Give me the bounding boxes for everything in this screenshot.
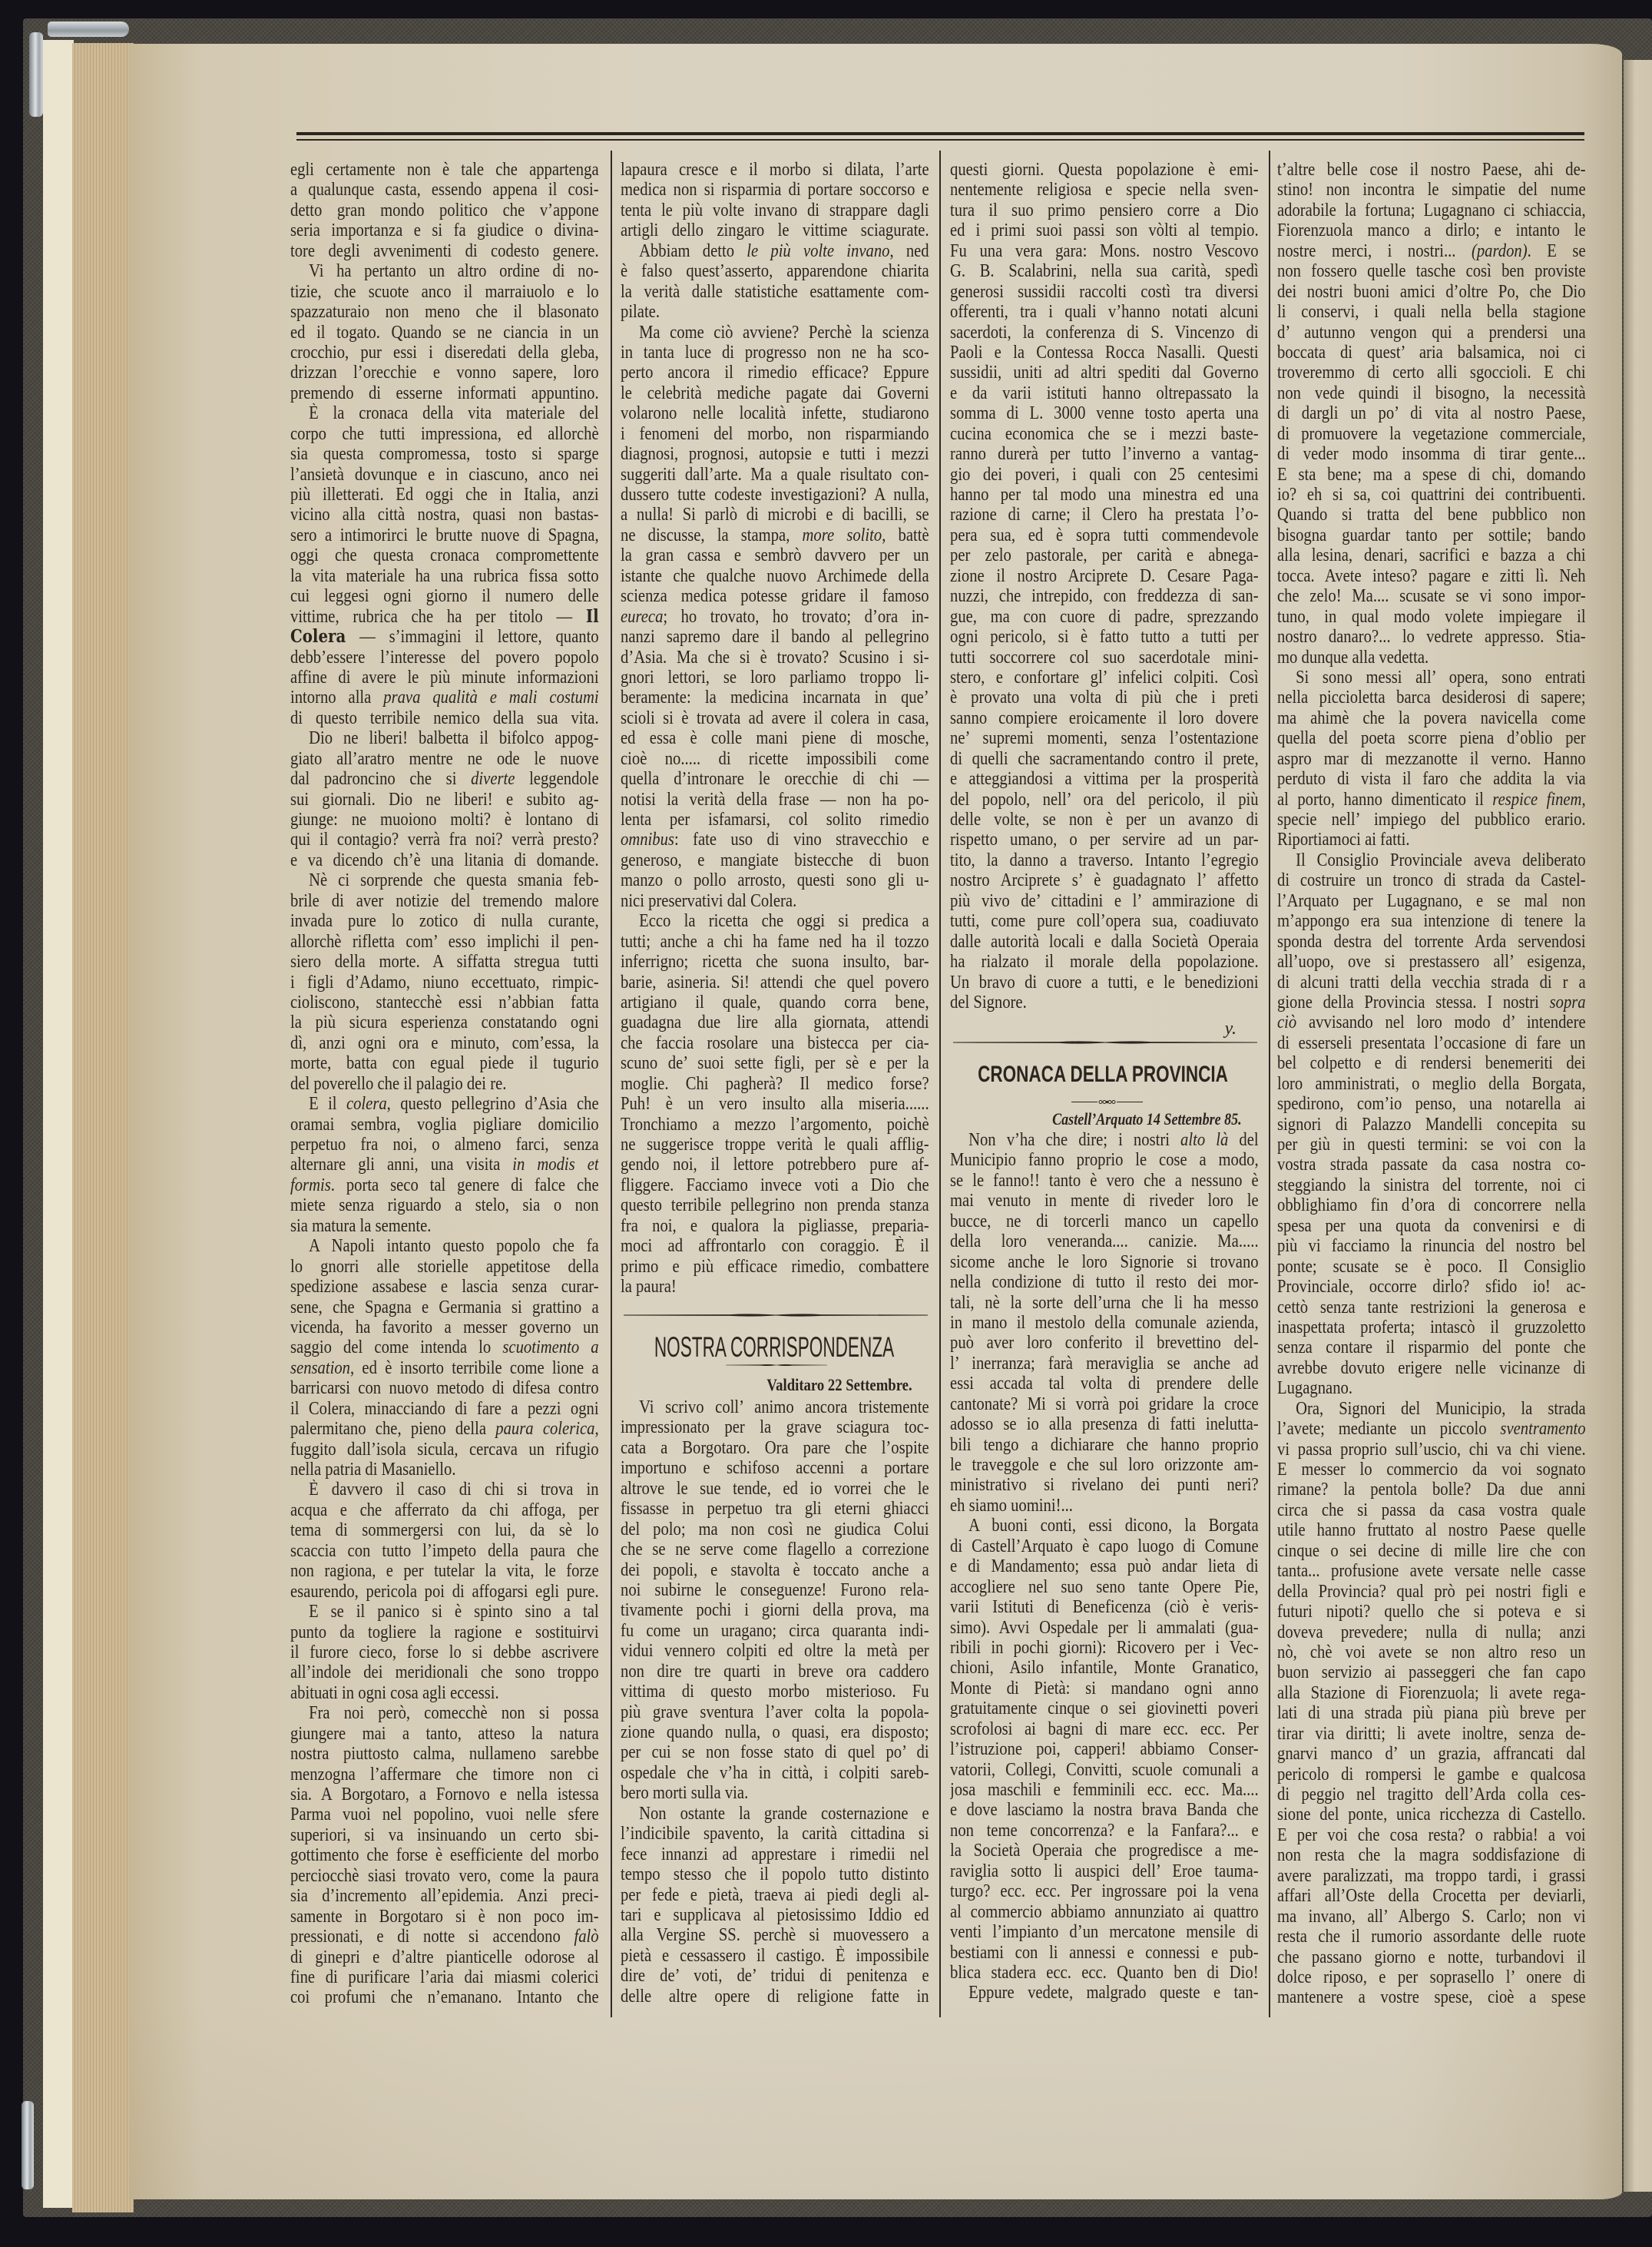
line-text: nanzi sapremo dare il bando al pellegrin… — [621, 627, 929, 647]
line-text: manzo o pollo arrosto, questi sono gli u… — [621, 870, 929, 890]
text-line: può aver loro conferito il brevettino de… — [950, 1333, 1259, 1353]
text-line: e atteggiandosi a vittima per la prosper… — [950, 769, 1259, 789]
line-text: Ma come ciò avviene? Perchè la scienza — [639, 323, 929, 343]
text-line: Nè ci sorprende che questa smania feb- — [290, 870, 599, 890]
text-line: tali, nè la sorte dell’urna che li ha me… — [950, 1293, 1259, 1313]
italic-text: (pardon) — [1472, 241, 1528, 261]
text-line: nostro Arciprete s’ è guadagnato l’ affe… — [950, 870, 1259, 890]
text-line: razione di carne; il Clero ha prestata l… — [950, 505, 1259, 525]
text-line: ed essa è colle mani piene di mosche, — [621, 728, 929, 748]
column-2-part-a: lapaura cresce e il morbo si dilata, l’a… — [621, 160, 929, 1297]
text-line: la Società Operaia che progredisce a me- — [950, 1841, 1259, 1861]
line-text: del polo; ma non così ne giudica Colui — [621, 1520, 929, 1539]
line-text: , — [594, 1419, 598, 1439]
line-text: doveva prevedere; nulla di nulla; anzi — [1277, 1622, 1586, 1642]
text-line: all’uopo, ove si prestassero all’ esigen… — [1277, 952, 1586, 972]
text-line: zione il nostro Arciprete D. Cesare Paga… — [950, 566, 1259, 586]
text-line: mai venuto in mente di riveder loro le — [950, 1191, 1259, 1211]
text-line: vatorii, Collegi, Convitti, scuole comun… — [950, 1760, 1259, 1780]
text-line: Colera — s’immagini il lettore, quanto — [290, 627, 599, 647]
line-text: d’Asia. Ma che si è trovato? Scusino i s… — [621, 648, 929, 668]
text-line: esaurendo, pericola poi di affogarsi egl… — [290, 1582, 599, 1602]
line-text: del Signore. — [950, 993, 1027, 1012]
text-line: cui leggesi ogni giorno il numero delle — [290, 586, 599, 606]
line-text: pilate. — [621, 302, 660, 322]
text-line: diagnosi, prognosi, autopsie e tutti i m… — [621, 444, 929, 464]
line-text: dolce riposo, e per soprasello l’ onere … — [1277, 1967, 1586, 1987]
line-text: del — [1228, 1130, 1258, 1150]
text-line: che faccia rosolare una bistecca per cia… — [621, 1033, 929, 1053]
text-line: sanno compiere eroicamente il loro dover… — [950, 708, 1259, 728]
text-line: sene, che Spagna e Germania si grattino … — [290, 1297, 599, 1317]
line-text: E per voi che cosa resta? o rabbia! a vo… — [1277, 1825, 1586, 1845]
line-text: tutti, come pure coll’opera sua, coadiuv… — [950, 911, 1259, 931]
italic-text: paura colerica — [495, 1419, 594, 1439]
text-line: buon servizio ai passeggeri che fan capo — [1277, 1662, 1586, 1682]
line-text: per cui se non fosse stato di quel po’ d… — [621, 1742, 929, 1762]
line-text: debb’essere l’interesse del povero popol… — [290, 648, 599, 668]
line-text: seria importanza e si fa giudice o divin… — [290, 220, 599, 240]
text-line: d’ autunno vengon qui a prendersi una — [1277, 323, 1586, 343]
text-line: lati di una strada più piana più breve p… — [1277, 1703, 1586, 1723]
binder-clip — [22, 2101, 34, 2189]
text-line: gnori lettori, se loro parliamo troppo l… — [621, 668, 929, 688]
text-line: lo gnorri alle storielle appetitose dell… — [290, 1257, 599, 1277]
line-text: non vede quindi il bisogno, la necessità — [1277, 383, 1586, 403]
line-text: oggi che questa cronaca compromettente — [290, 545, 599, 565]
line-text: premendo di esserne informati appuntino. — [290, 383, 599, 403]
text-line: più illetterati. Ed oggi che in Italia, … — [290, 485, 599, 505]
line-text: Quando si tratta del bene pubblico non — [1277, 505, 1586, 525]
text-line: futuri nipoti? quello che si poteva e si — [1277, 1602, 1586, 1622]
line-text: alla lesina, denari, sacrifici e bazza a… — [1277, 545, 1586, 565]
text-line: ne suggerisce troppe verità le quali aff… — [621, 1135, 929, 1155]
text-line: samente in Borgotaro si è non poco im- — [290, 1907, 599, 1927]
paragraph: Ora, Signori del Municipio, la stradal’a… — [1277, 1399, 1586, 2008]
text-line: di dargli un po’ di vita al nostro Paese… — [1277, 403, 1586, 423]
text-line: ne’ supremi momenti, senza l’ostentazion… — [950, 728, 1259, 748]
text-line: venti l’impianto d’un mercatone mensile … — [950, 1922, 1259, 1942]
text-line: di veder modo insomma di tirar gente... — [1277, 444, 1586, 464]
line-text: io? eh si sa, coi quattrini dei contribu… — [1277, 485, 1586, 505]
line-text: Si sono messi all’ opera, sono entrati — [1296, 668, 1586, 688]
line-text: tali, nè la sorte dell’urna che li ha me… — [950, 1293, 1259, 1313]
text-line: acqua e che afferrato da chi affoga, per — [290, 1500, 599, 1520]
text-line: ma ahimè che la povera navicella come — [1277, 708, 1586, 728]
line-text: le traveggole e che sul loro orizzonte a… — [950, 1455, 1259, 1475]
line-text: barricarsi con nuovo metodo di difesa co… — [290, 1378, 599, 1398]
italic-text: sventramento — [1500, 1419, 1585, 1439]
line-text: coi profumi che n’emanano. Intanto che — [290, 1987, 599, 2007]
text-line: essi accada tal volta di prendere delle — [950, 1374, 1259, 1394]
text-line: offerenti, tra i quali v’hanno notati al… — [950, 302, 1259, 322]
line-text: spazzaturaio non meno che il blasonato — [290, 302, 599, 322]
line-text: blica stadera ecc. ecc. Quanto ben di Di… — [950, 1963, 1259, 1983]
masthead-rule-thin — [296, 139, 1584, 141]
text-line: E se il panico si è spinto sino a tal — [290, 1602, 599, 1622]
line-text: il furore cieco, forse lo si debbe ascri… — [290, 1642, 599, 1662]
text-line: bel colpetto e di rendersi benemeriti de… — [1277, 1053, 1586, 1073]
text-line: e da varii istituti hanno oltrepassato l… — [950, 383, 1259, 403]
line-text: m’appongo era sua intenzione di tenere l… — [1277, 911, 1586, 931]
line-text: turgo? ecc. ecc. Per ingrossare poi la v… — [950, 1881, 1259, 1901]
line-text: nella patria di Masaniello. — [290, 1460, 456, 1480]
line-text: obblighiamo fin d’ora di concorrere nell… — [1277, 1195, 1586, 1215]
text-line: ranno durerà per tutto l’inverno a vanta… — [950, 444, 1259, 464]
text-line: t’altre belle cose il nostro Paese, ahi … — [1277, 160, 1586, 180]
text-line: di peggio nel tragitto dell’Arda colla c… — [1277, 1785, 1586, 1805]
text-line: che zelo! Ma.... scusate se vi sono impo… — [1277, 586, 1586, 606]
text-line: nentemente religiosa e specie nella sven… — [950, 180, 1259, 200]
text-line: tivamente pochi i giorni della prova, ma — [621, 1600, 929, 1620]
line-text: ne’ supremi momenti, senza l’ostentazion… — [950, 728, 1259, 748]
text-line: non dire tre quarti in breve ora caddero — [621, 1662, 929, 1682]
line-text: punto da togliere la ragione e sostituir… — [290, 1622, 599, 1642]
line-text: Puh! è un vero insulto alla miseria.....… — [621, 1094, 929, 1114]
text-line: ha rialzato il morale della popolazione. — [950, 952, 1259, 972]
text-line: adorabile la fortuna; Lugagnano ci schia… — [1277, 201, 1586, 220]
line-text: detto gran mondo politico che v’appone — [290, 201, 599, 220]
line-text: al porto, hanno dimenticato il — [1277, 790, 1492, 810]
line-text: gio dei poveri, i quali con 25 centesimi — [950, 465, 1259, 485]
text-line: oramai sembra, voglia pigliare domicilio — [290, 1115, 599, 1135]
text-line: affine di avere le più minute informazio… — [290, 668, 599, 688]
paragraph: Ecco la ricetta che oggi si predica atut… — [621, 911, 929, 1297]
italic-text: respice finem — [1492, 790, 1581, 810]
text-line: sia questa compromessa, tosto si sparge — [290, 444, 599, 464]
text-line: ogni pericolo, si è fatto tutto a tutti … — [950, 627, 1259, 647]
text-line: affari all’Oste della Crocetta per devia… — [1277, 1886, 1586, 1906]
text-line: vittime, rubrica che ha per titolo — Il — [290, 607, 599, 627]
text-line: beramente: la medicina incarnata in que’ — [621, 688, 929, 708]
text-line: nò, chè voi avete se non altro reso un — [1277, 1642, 1586, 1662]
text-line: tutti soccorrere col suo sacerdotale min… — [950, 648, 1259, 668]
line-text: di peggio nel tragitto dell’Arda colla c… — [1277, 1785, 1586, 1805]
line-text: acqua e che afferrato da chi affoga, per — [290, 1500, 599, 1520]
line-text: futuri nipoti? quello che si poteva e si — [1277, 1602, 1586, 1622]
text-line: utile hanno fruttato al nostro Paese que… — [1277, 1520, 1586, 1540]
text-line: la più sicura esperienza constatando ogn… — [290, 1012, 599, 1032]
italic-text: in modis et — [512, 1155, 598, 1175]
column-divider — [939, 151, 941, 2017]
text-line: pressionati, e di notte si accendono fal… — [290, 1927, 599, 1947]
line-text: ogni pericolo, si è fatto tutto a tutti … — [950, 627, 1259, 647]
text-line: l’avete; mediante un piccolo sventrament… — [1277, 1419, 1586, 1439]
text-line: tema di sommergersi con lui, da sè lo — [290, 1520, 599, 1540]
text-line: gendo noi, il lettore potrebbero pure af… — [621, 1155, 929, 1175]
text-line: intorno alla prava qualità e mali costum… — [290, 688, 599, 708]
binder-clip — [48, 22, 129, 37]
line-text: se le fanno!! tanto è vero che a nessuno… — [950, 1171, 1259, 1191]
italic-text: scuotimento a — [502, 1337, 598, 1357]
line-text: l’ inerranza; farà meraviglia se anche a… — [950, 1354, 1259, 1374]
text-line: questo terribile pellegrino non prenda s… — [621, 1195, 929, 1215]
line-text: adosso se io alla presenza di fatti inel… — [950, 1414, 1259, 1434]
line-text: la gran cassa e sembrò davvero per un — [621, 545, 929, 565]
line-text: tutti soccorrere col suo sacerdotale min… — [950, 648, 1259, 668]
text-line: tutti; anche a chi ha fame ned ha il toz… — [621, 932, 929, 952]
text-line: circa che si passa da casa vostra quale — [1277, 1500, 1586, 1520]
line-text: crocchio, pur essi i diseredati della gl… — [290, 343, 599, 363]
line-text: altrove le sue tende, ed io vorrei che l… — [621, 1479, 929, 1499]
section-divider-rule — [624, 1311, 928, 1320]
endpaper — [43, 40, 74, 2208]
line-text: nentemente religiosa e specie nella sven… — [950, 180, 1259, 200]
text-line: della loro veneranda.... canizie. Ma....… — [950, 1231, 1259, 1251]
text-line: non ragiona, e per tutelar la vita, le f… — [290, 1561, 599, 1581]
text-line: di questo terribile nemico della sua vit… — [290, 708, 599, 728]
line-text: più vi facciamo la rinuncia del nostro b… — [1277, 1236, 1586, 1256]
line-text: dire de’ voti, de’ tridui di penitenza e — [621, 1966, 929, 1986]
text-line: sicome anche le loro Signorie si trovano — [950, 1252, 1259, 1272]
dateline-text: Valditaro 22 Settembre. — [767, 1375, 912, 1395]
column-1: egli certamente non è tale che apparteng… — [290, 160, 599, 2008]
line-text: scioli si è trovata ad avere il colera i… — [621, 708, 929, 728]
next-leaf-edge — [1624, 60, 1652, 2192]
binder-clip — [29, 32, 43, 117]
text-line: Parma vuoi nel popolino, vuoi nelle sfer… — [290, 1805, 599, 1824]
line-text: barie, asineria. Si! attendi che quel po… — [621, 973, 929, 993]
text-line: pietà e cessassero il castigo. È impossi… — [621, 1946, 929, 1966]
line-text: pericolo di rompersi le gambe e qualcosa — [1277, 1765, 1586, 1785]
line-text: oramai sembra, voglia pigliare domicilio — [290, 1115, 599, 1135]
text-line: omnibus: fate uso di vino stravecchio e — [621, 830, 929, 850]
text-line: è falso quest’asserto, apparendone chiar… — [621, 261, 929, 281]
text-line: scienza medica potesse gridare il famoso — [621, 586, 929, 606]
text-line: debb’essere l’interesse del povero popol… — [290, 648, 599, 668]
line-text: dalle autorità locali e dalla Società Op… — [950, 932, 1259, 952]
line-text: cioè no..... di ricette impossibili come — [621, 749, 929, 769]
text-line: coi profumi che n’emanano. Intanto che — [290, 1987, 599, 2007]
text-line: dire de’ voti, de’ tridui di penitenza e — [621, 1966, 929, 1986]
line-text: Monte di Pietà: si mandano ogni anno — [950, 1679, 1259, 1699]
text-line: cioè no..... di ricette impossibili come — [621, 749, 929, 769]
text-line: di esserseli presentata l’occasione di f… — [1277, 1033, 1586, 1053]
line-text: ministrativo si rivelano dei punti neri? — [950, 1475, 1259, 1495]
text-line: brile di aver notizie del tremendo malor… — [290, 891, 599, 911]
line-text: corpo che tutti impressiona, ed allorchè — [290, 424, 599, 444]
line-text: siero della morte. A siffatta stregua tu… — [290, 952, 599, 972]
text-line: impressionato per la grave sciagura toc- — [621, 1417, 929, 1437]
text-line: nici preservativi dal Colera. — [621, 891, 929, 911]
text-line: perduto di vista il faro che addita la v… — [1277, 769, 1586, 789]
paragraph: Dio ne liberi! balbetta il bifolco appog… — [290, 728, 599, 870]
text-line: drizzan l’orecchie e vonno sapere, loro — [290, 363, 599, 383]
line-text: . E se — [1528, 241, 1586, 261]
text-line: miete senza riguardo a stelo, sia o non — [290, 1195, 599, 1215]
line-text: troveremmo di certo alli sgoccioli. E ch… — [1277, 363, 1586, 383]
text-line: l’ inerranza; farà meraviglia se anche a… — [950, 1354, 1259, 1374]
line-text: sacerdoti, la conferenza di S. Vincenzo … — [950, 323, 1259, 343]
line-text: eh siamo uomini!... — [950, 1496, 1073, 1516]
line-text: alla Stazione di Fiorenzuola; li avete r… — [1277, 1683, 1586, 1703]
line-text: vicenda, ha favorito a messer governo un — [290, 1317, 599, 1337]
text-line: alla Stazione di Fiorenzuola; li avete r… — [1277, 1683, 1586, 1703]
line-text: al commercio abbiamo annunziato ai quatt… — [950, 1902, 1259, 1922]
text-line: le traveggole e che sul loro orizzonte a… — [950, 1455, 1259, 1475]
line-text: cata a Borgotaro. Ora pare che l’ospite — [621, 1438, 929, 1458]
line-text: tanta... profusione avete versate nelle … — [1277, 1561, 1586, 1581]
paragraph: questi giorni. Questa popolazione è emi-… — [950, 160, 1259, 1012]
line-text: tema di sommergersi con lui, da sè lo — [290, 1520, 599, 1540]
line-text: Fu una vera gara: Mons. nostro Vescovo — [950, 241, 1259, 261]
text-line: tempo stesso che il popolo tutto distint… — [621, 1864, 929, 1884]
line-text: allorchè rifletta com’ esso implichi il … — [290, 932, 599, 952]
text-line: non fossero quelle tasche così ben provi… — [1277, 261, 1586, 281]
line-text: lo gnorri alle storielle appetitose dell… — [290, 1257, 599, 1277]
line-text: Paoli e la Contessa Rocca Nasalli. Quest… — [950, 343, 1259, 363]
paragraph: Nè ci sorprende che questa smania feb-br… — [290, 870, 599, 1094]
line-text: mo dunque alla vedetta. — [1277, 648, 1429, 668]
text-line: ministrativo si rivelano dei punti neri? — [950, 1475, 1259, 1495]
text-line: dal padroncino che si diverte leggendole — [290, 769, 599, 789]
line-text: essi accada tal volta di prendere delle — [950, 1374, 1259, 1394]
line-text: più vivo de’ cittadini e l’ ammirazione … — [950, 891, 1259, 911]
line-text: dal padroncino che si — [290, 769, 471, 789]
line-text: specie nell’ impiego del pubblico erario… — [1277, 810, 1586, 830]
line-text: gendo noi, il lettore potrebbero pure af… — [621, 1155, 929, 1175]
line-text: nici preservativi dal Colera. — [621, 891, 796, 911]
paragraph: Non v’ha che dire; i nostri alto là delM… — [950, 1130, 1259, 1516]
line-text: pera sua, ed è sopra tutti commendevole — [950, 525, 1259, 545]
line-text: sione del ponte, unica ricchezza di Cast… — [1277, 1805, 1586, 1824]
text-line: manzo o pollo arrosto, questi sono gli u… — [621, 870, 929, 890]
text-line: medica non si risparmia di portare socco… — [621, 180, 929, 200]
line-text: adorabile la fortuna; Lugagnano ci schia… — [1277, 201, 1586, 220]
line-text: moglie. Chi pagherà? Il medico forse? — [621, 1074, 929, 1094]
line-text: tempo stesso che il popolo tutto distint… — [621, 1864, 929, 1884]
line-text: perto ancora il rimedio efficace? Eppure — [621, 363, 929, 383]
line-text: raviglia sotto li auspici dell’ Eroe tau… — [950, 1861, 1259, 1881]
line-text: importuno e schifoso accenni a portare — [621, 1458, 929, 1478]
text-line: scrofolosi ai bagni di mare ecc. ecc. Pe… — [950, 1719, 1259, 1739]
line-text: istante che qualche nuovo Archimede dell… — [621, 566, 929, 586]
text-line: e dove lasciamo la nostra brava Banda ch… — [950, 1800, 1259, 1820]
text-line: È la cronaca della vita materiale del — [290, 403, 599, 423]
line-text: gottimento che forse è esefficiente del … — [290, 1845, 599, 1865]
line-text: e dove lasciamo la nostra brava Banda ch… — [950, 1800, 1259, 1820]
line-text: E messer lo commercio da voi sognato — [1277, 1460, 1586, 1480]
line-text: l’avete; mediante un piccolo — [1277, 1419, 1500, 1439]
text-line: Eppure vedete, malgrado queste e tan- — [950, 1983, 1259, 2003]
text-line: di quelli che sacramentando contro il pr… — [950, 749, 1259, 769]
paragraph: È davvero il caso di chi si trova inacqu… — [290, 1480, 599, 1602]
text-line: sensation, ed è insorto terribile come l… — [290, 1358, 599, 1378]
dateline: Valditaro 22 Settembre. — [621, 1375, 912, 1395]
text-line: premendo di esserne informati appuntino. — [290, 383, 599, 403]
line-text: brile di aver notizie del tremendo malor… — [290, 891, 599, 911]
line-text: delle altre opere di religione fatte in — [621, 1987, 929, 2007]
text-line: turgo? ecc. ecc. Per ingrossare poi la v… — [950, 1881, 1259, 1901]
text-line: specie nell’ impiego del pubblico erario… — [1277, 810, 1586, 830]
text-line: Monte di Pietà: si mandano ogni anno — [950, 1679, 1259, 1699]
line-text: gue, ma con cuore di padre, sprezzando — [950, 607, 1259, 627]
line-text: scienza medica potesse gridare il famoso — [621, 586, 929, 606]
line-text: tore degli avvenimenti di codesto genere… — [290, 241, 599, 261]
line-text: bili tengo a dichiarare che hanno propri… — [950, 1435, 1259, 1455]
text-line: tura il suo primo pensiero corre a Dio — [950, 201, 1259, 220]
line-text: impressionato per la grave sciagura toc- — [621, 1417, 929, 1437]
line-text: artigiano il quale, quando corra bene, — [621, 993, 929, 1012]
text-line: non resta che la magra soddisfazione di — [1277, 1845, 1586, 1865]
text-line: cantonate? Mi si vorrà poi gridare la cr… — [950, 1394, 1259, 1414]
line-text: vittime, rubrica che ha per titolo — — [290, 607, 586, 627]
line-text: spesa per una quota da convenirsi e di — [1277, 1216, 1586, 1236]
line-text: la Società Operaia che progredisce a me- — [950, 1841, 1259, 1861]
line-text: bel colpetto e di rendersi benemeriti de… — [1277, 1053, 1586, 1073]
author-signature: y. — [950, 1019, 1237, 1039]
heading-underline-rule — [726, 1363, 827, 1367]
text-line: E per voi che cosa resta? o rabbia! a vo… — [1277, 1825, 1586, 1845]
text-line: cioliscono, stantecchè essi n’abbian fat… — [290, 993, 599, 1012]
text-line: perpetuo fra noi, o almeno farci, senza — [290, 1135, 599, 1155]
line-text: può aver loro conferito il brevettino de… — [950, 1333, 1259, 1353]
text-line: E messer lo commercio da voi sognato — [1277, 1460, 1586, 1480]
line-text: generoso, e mangiate bistecche di buon — [621, 850, 929, 870]
line-text: E sta bene; ma a spese di chi, domando — [1277, 465, 1586, 485]
line-text: lati di una strada più piana più breve p… — [1277, 1703, 1586, 1723]
line-text: giato all’aratro mentre ne ode le nuove — [290, 749, 599, 769]
text-line: josa maschili e femminili ecc. ecc. Ma..… — [950, 1780, 1259, 1800]
text-line: sia d’incremento all’epidemia. Anzi prec… — [290, 1886, 599, 1906]
text-line: resta che il rumorio assordante delle ru… — [1277, 1927, 1586, 1947]
line-text: avrebbe dovuto erigere nelle vicinanze d… — [1277, 1358, 1586, 1378]
text-line: alternare gli anni, una visita in modis … — [290, 1155, 599, 1175]
line-text: è provato una volta di più che i preti — [950, 688, 1259, 708]
line-text: a qualunque casta, essendo appena il cos… — [290, 180, 599, 200]
text-line: inferrigno; ricetta che suona insulto, b… — [621, 952, 929, 972]
line-text: , ed è insorto terribile come lione a — [350, 1358, 599, 1378]
text-line: più vivo de’ cittadini e l’ ammirazione … — [950, 891, 1259, 911]
text-line: nostro danaro?... lo vedrete appresso. S… — [1277, 627, 1586, 647]
text-line: ma invano, all’ Albergo S. Carlo; non vi — [1277, 1907, 1586, 1927]
text-line: stino! non incontra le simpatie del nume — [1277, 180, 1586, 200]
bold-text: Il — [586, 607, 599, 627]
line-text: Municipio fanno proprio le cose a modo, — [950, 1150, 1259, 1170]
line-text: offerenti, tra i quali v’hanno notati al… — [950, 302, 1259, 322]
line-text: in mano il mestolo della comunale aziend… — [950, 1313, 1259, 1333]
line-text: non fossero quelle tasche così ben provi… — [1277, 261, 1586, 281]
text-line: loro amministrati, o meglio della Borgat… — [1277, 1074, 1586, 1094]
line-text: ; ho trovato, ho trovato; d’ora in- — [663, 607, 929, 627]
text-line: È davvero il caso di chi si trova in — [290, 1480, 599, 1500]
line-text: li conservi, i quali nella bella stagion… — [1277, 302, 1586, 322]
paragraph: t’altre belle cose il nostro Paese, ahi … — [1277, 160, 1586, 668]
text-line: nanzi sapremo dare il bando al pellegrin… — [621, 627, 929, 647]
text-line: vi passa proprio sull’uscio, chi va chi … — [1277, 1440, 1586, 1460]
line-text: spedirono, com’io penso, una notarella a… — [1277, 1094, 1586, 1114]
text-line: m’appongo era sua intenzione di tenere l… — [1277, 911, 1586, 931]
line-text: questo terribile pellegrino non prenda s… — [621, 1195, 929, 1215]
text-line: vicenda, ha favorito a messer governo un — [290, 1317, 599, 1337]
text-line: il Colera, minacciando di fare a pezzi o… — [290, 1399, 599, 1419]
line-text: invada pure lo zotico di nulla curante, — [290, 911, 599, 931]
line-text: signori di Palazzo Mandelli concepita su — [1277, 1115, 1586, 1135]
line-text: abituati in ogni cosa agli eccessi. — [290, 1683, 499, 1703]
text-line: menzogna l’affermare che timore non ci — [290, 1765, 599, 1785]
text-line: qui il contagio? verrà fra noi? verrà pr… — [290, 830, 599, 850]
text-line: dolce riposo, e per soprasello l’ onere … — [1277, 1967, 1586, 1987]
line-text: intorno alla — [290, 688, 383, 708]
line-text: ed il togato. Quando se ne ciancia in un — [290, 323, 599, 343]
text-line: delle altre opere di religione fatte in — [621, 1987, 929, 2007]
line-text: di alcuni tratti della vecchia strada di… — [1277, 973, 1586, 993]
bold-text: Colera — [290, 627, 346, 647]
line-text: Vi ha pertanto un altro ordine di no- — [309, 261, 599, 281]
paragraph: Vi ha pertanto un altro ordine di no-tiz… — [290, 261, 599, 403]
text-line: l’indicibile spavento, la carità cittadi… — [621, 1824, 929, 1844]
line-text: Un bravo di cuore a tutti, e le benedizi… — [950, 973, 1259, 993]
